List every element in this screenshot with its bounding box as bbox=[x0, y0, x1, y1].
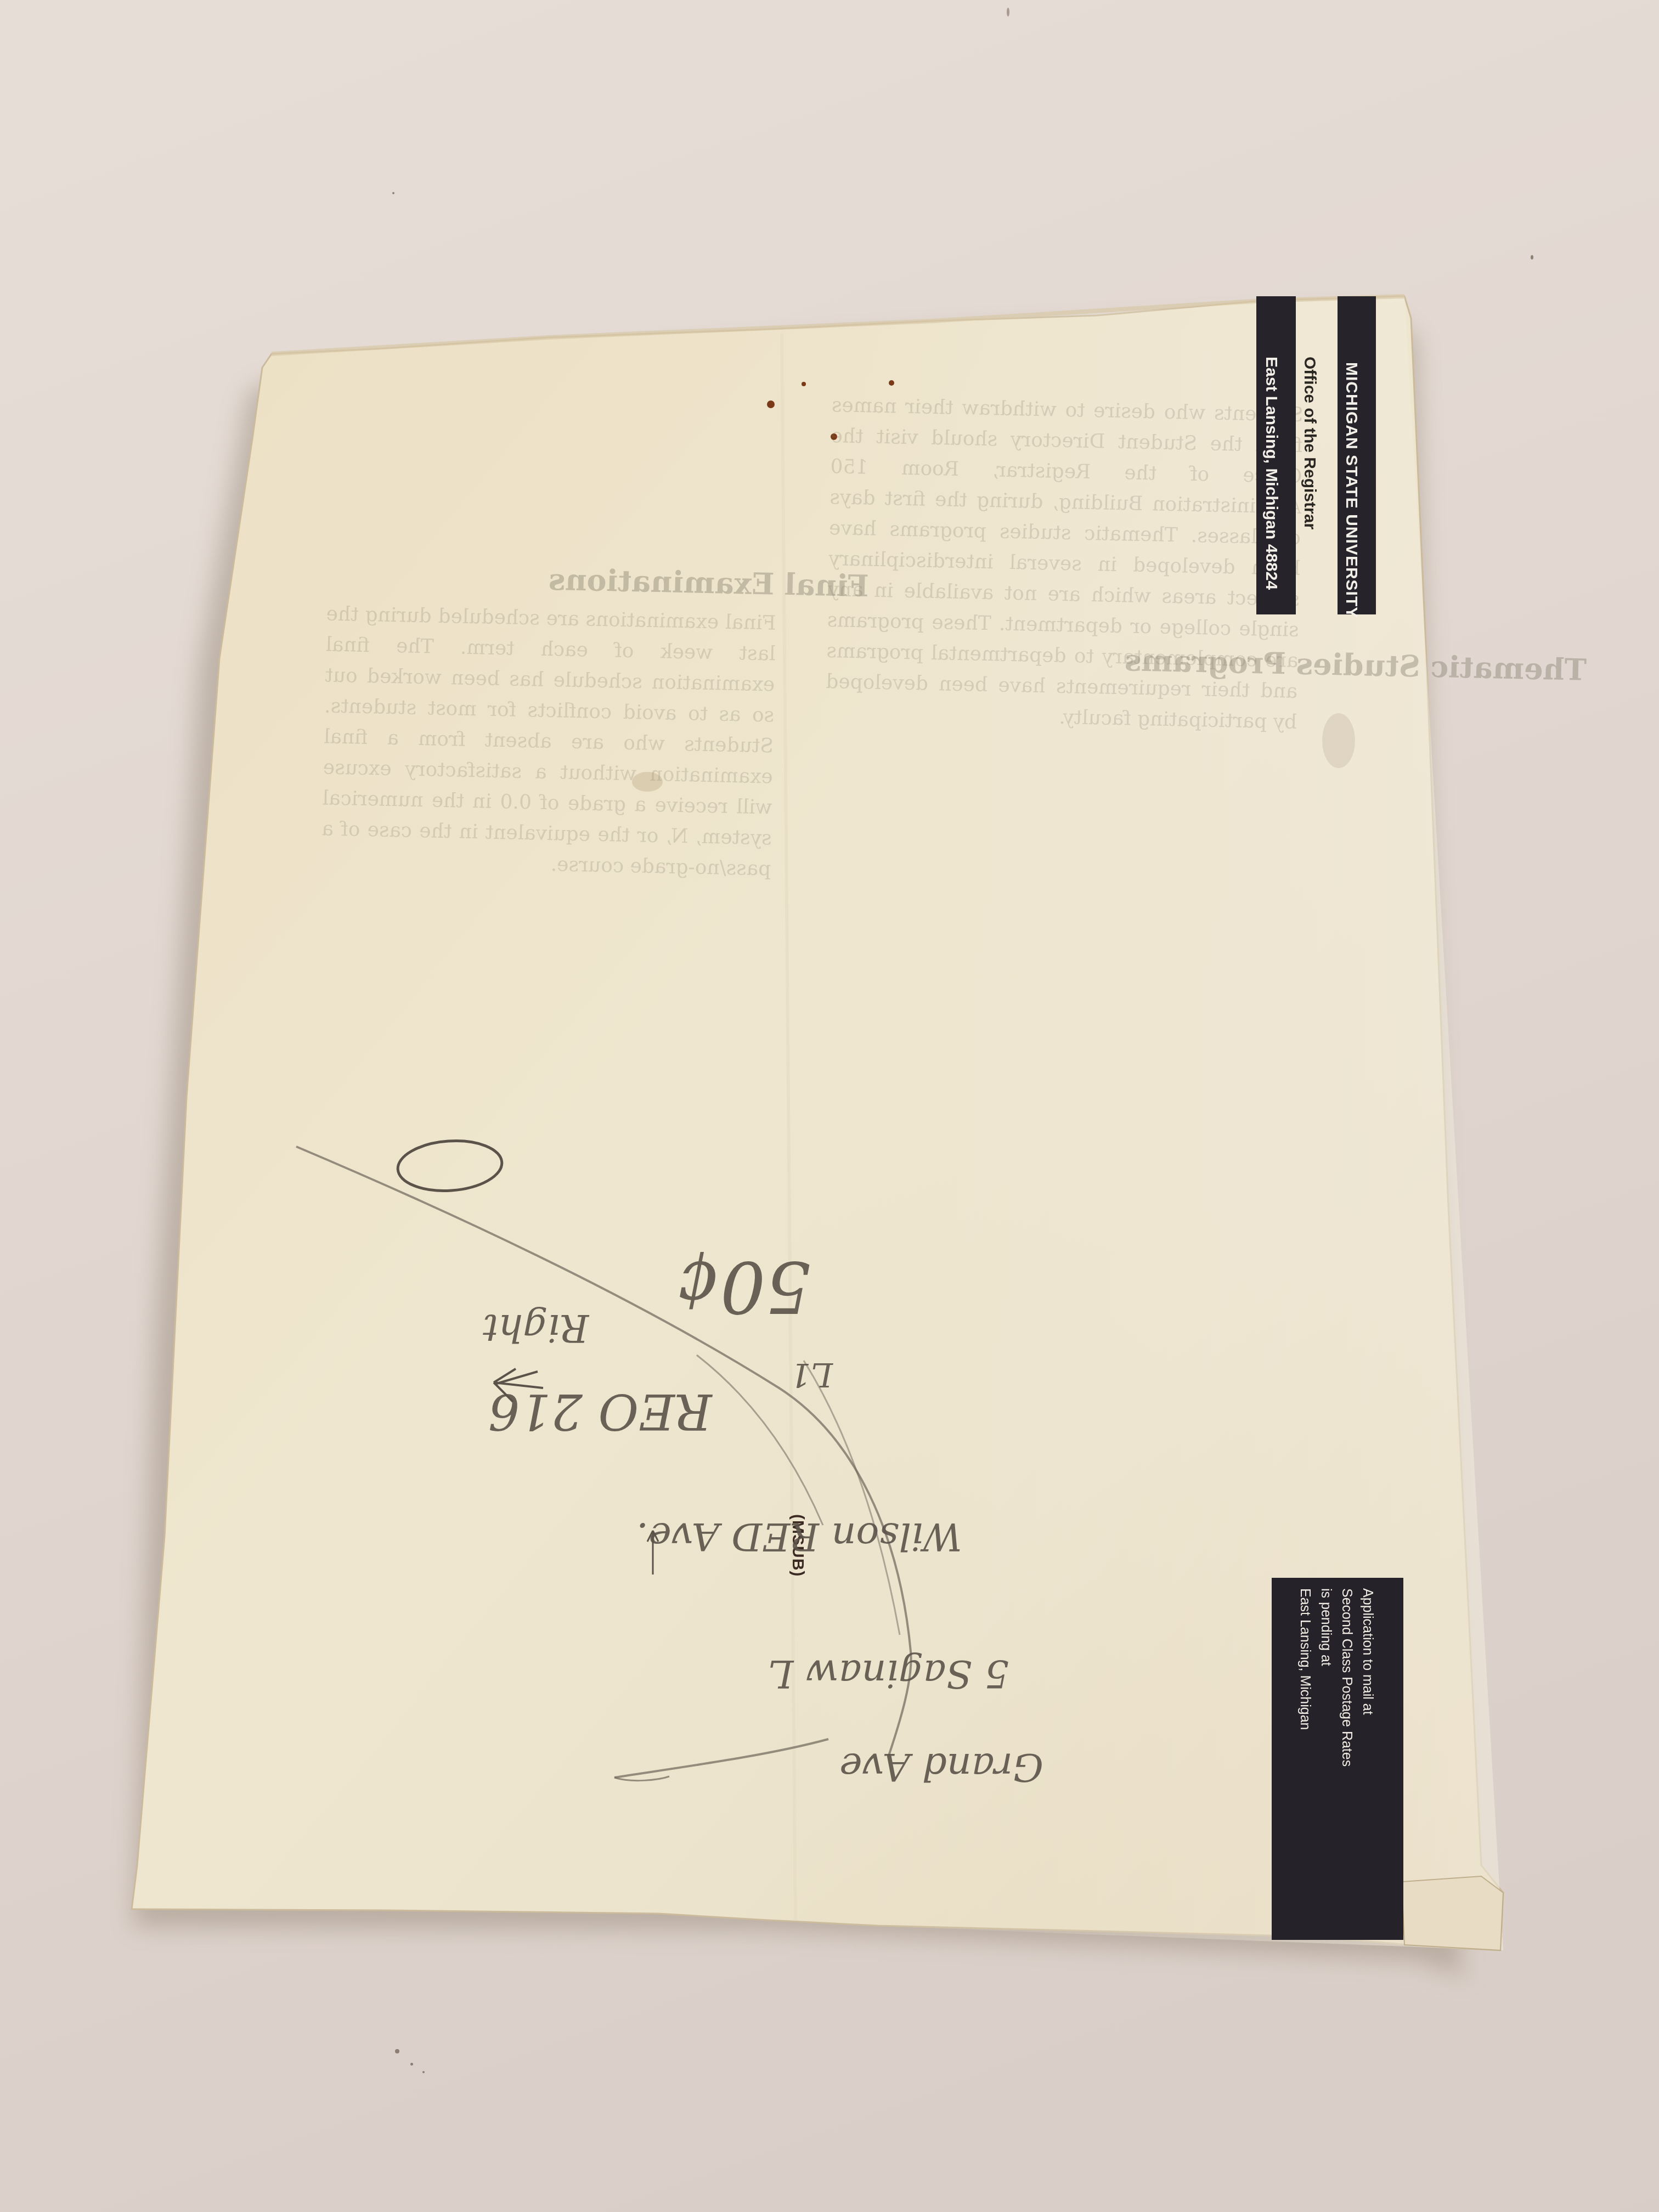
handwritten-direction: 5 Saginaw L bbox=[768, 1651, 1009, 1696]
bleed-text-right-column: Students who desire to withdraw their na… bbox=[825, 390, 1304, 738]
handwritten-code: L1 bbox=[790, 1355, 833, 1393]
label-university: MICHIGAN STATE UNIVERSITY bbox=[1342, 362, 1361, 618]
photo-scene: Final Examinations Thematic Studies Prog… bbox=[0, 0, 1659, 2212]
postal-line-1: Application to mail at bbox=[1359, 1588, 1375, 1715]
label-address: East Lansing, Michigan 48824 bbox=[1262, 357, 1280, 590]
label-office: Office of the Registrar bbox=[1300, 357, 1319, 529]
handwritten-street: Wilson RED Ave. bbox=[636, 1514, 962, 1559]
handwritten-price: 50¢ bbox=[675, 1245, 811, 1329]
postal-line-4: East Lansing, Michigan bbox=[1297, 1588, 1313, 1730]
bleed-text-left-column: Final examinations are scheduled during … bbox=[321, 599, 776, 884]
bulletin-back-cover: Final Examinations Thematic Studies Prog… bbox=[0, 0, 1659, 2212]
postal-notice-box bbox=[1272, 1578, 1403, 1940]
postal-line-2: Second Class Postage Rates bbox=[1339, 1588, 1355, 1767]
handwritten-grand-ave: Grand Ave bbox=[839, 1745, 1043, 1790]
postal-line-3: is pending at bbox=[1318, 1588, 1334, 1666]
handwritten-room: REO 216 bbox=[488, 1383, 712, 1440]
bleed-heading-final-examinations: Final Examinations bbox=[548, 562, 869, 603]
handwritten-right: Right bbox=[483, 1306, 589, 1351]
